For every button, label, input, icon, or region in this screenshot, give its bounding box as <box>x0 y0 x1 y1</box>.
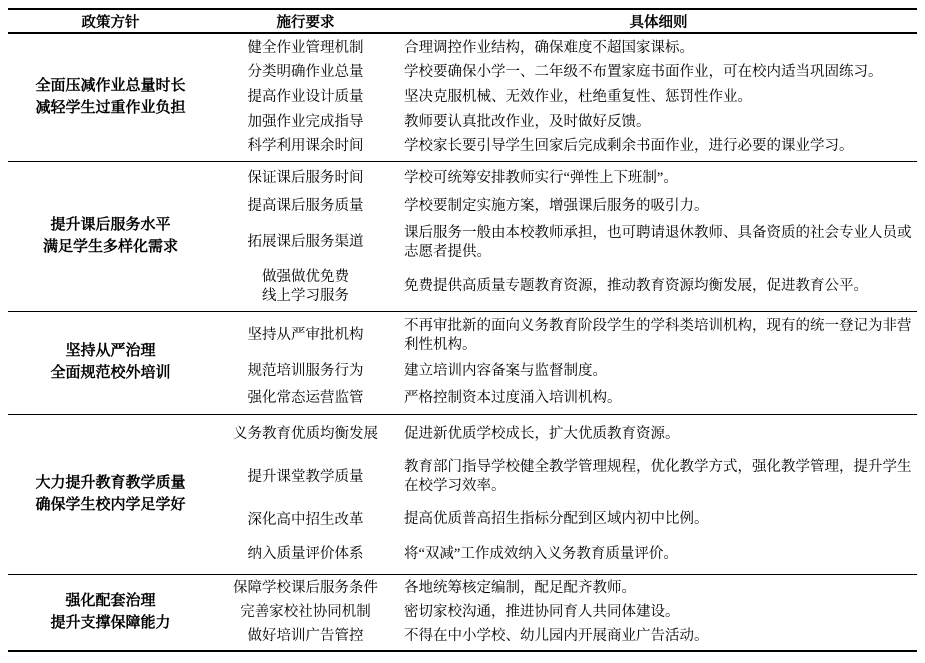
section-training-regulation: 坚持从严治理 全面规范校外培训 坚持从严审批机构 不再审批新的面向义务教育阶段学… <box>8 312 917 415</box>
section-rows: 保证课后服务时间 学校可统筹安排教师实行“弹性上下班制”。 提高课后服务质量 学… <box>213 162 917 311</box>
section-rows: 健全作业管理机制 合理调控作业结构，确保难度不超国家课标。 分类明确作业总量 学… <box>213 34 917 161</box>
detail-cell: 坚决克服机械、无效作业，杜绝重复性、惩罚性作业。 <box>398 88 917 107</box>
requirement-cell: 纳入质量评价体系 <box>213 545 398 564</box>
detail-cell: 学校可统筹安排教师实行“弹性上下班制”。 <box>398 169 917 188</box>
table-row: 深化高中招生改革 提高优质普高招生指标分配到区域内初中比例。 <box>213 509 917 531</box>
table-row: 纳入质量评价体系 将“双减”工作成效纳入义务教育质量评价。 <box>213 544 917 566</box>
detail-cell: 各地统筹核定编制，配足配齐教师。 <box>398 579 917 598</box>
detail-cell: 学校要制定实施方案，增强课后服务的吸引力。 <box>398 197 917 216</box>
detail-cell: 将“双减”工作成效纳入义务教育质量评价。 <box>398 545 917 564</box>
table-row: 加强作业完成指导 教师要认真批改作业，及时做好反馈。 <box>213 111 917 133</box>
requirement-cell: 提高作业设计质量 <box>213 88 398 107</box>
requirement-cell: 做好培训广告管控 <box>213 627 398 646</box>
section-support-capacity: 强化配套治理 提升支撑保障能力 保障学校课后服务条件 各地统筹核定编制，配足配齐… <box>8 575 917 652</box>
detail-cell: 建立培训内容备案与监督制度。 <box>398 362 917 381</box>
detail-cell: 课后服务一般由本校教师承担，也可聘请退休教师、具备资质的社会专业人员或志愿者提供… <box>398 224 917 262</box>
table-row: 完善家校社协同机制 密切家校沟通，推进协同育人共同体建设。 <box>213 601 917 623</box>
detail-cell: 教师要认真批改作业，及时做好反馈。 <box>398 113 917 132</box>
detail-cell: 严格控制资本过度涌入培训机构。 <box>398 389 917 408</box>
detail-cell: 密切家校沟通，推进协同育人共同体建设。 <box>398 603 917 622</box>
requirement-cell: 提升课堂教学质量 <box>213 468 398 487</box>
section-homework-reduction: 全面压减作业总量时长 减轻学生过重作业负担 健全作业管理机制 合理调控作业结构，… <box>8 34 917 162</box>
table-row: 做好培训广告管控 不得在中小学校、幼儿园内开展商业广告活动。 <box>213 625 917 647</box>
table-row: 科学利用课余时间 学校家长要引导学生回家后完成剩余书面作业，进行必要的课业学习。 <box>213 136 917 158</box>
table-row: 规范培训服务行为 建立培训内容备案与监督制度。 <box>213 360 917 382</box>
requirement-cell: 加强作业完成指导 <box>213 113 398 132</box>
requirement-cell: 科学利用课余时间 <box>213 137 398 156</box>
policy-cell: 坚持从严治理 全面规范校外培训 <box>8 341 213 385</box>
policy-cell: 提升课后服务水平 满足学生多样化需求 <box>8 215 213 259</box>
requirement-cell: 保障学校课后服务条件 <box>213 579 398 598</box>
requirement-cell: 规范培训服务行为 <box>213 362 398 381</box>
table-row: 分类明确作业总量 学校要确保小学一、二年级不布置家庭书面作业，可在校内适当巩固练… <box>213 62 917 84</box>
detail-cell: 合理调控作业结构，确保难度不超国家课标。 <box>398 39 917 58</box>
requirement-cell: 深化高中招生改革 <box>213 511 398 530</box>
requirement-cell: 提高课后服务质量 <box>213 197 398 216</box>
table-row: 坚持从严审批机构 不再审批新的面向义务教育阶段学生的学科类培训机构，现有的统一登… <box>213 317 917 355</box>
header-policy: 政策方针 <box>8 11 213 32</box>
policy-table: 政策方针 施行要求 具体细则 全面压减作业总量时长 减轻学生过重作业负担 健全作… <box>8 8 917 652</box>
policy-cell: 强化配套治理 提升支撑保障能力 <box>8 591 213 635</box>
section-rows: 坚持从严审批机构 不再审批新的面向义务教育阶段学生的学科类培训机构，现有的统一登… <box>213 312 917 414</box>
header-requirement: 施行要求 <box>213 11 398 32</box>
requirement-cell: 义务教育优质均衡发展 <box>213 425 398 444</box>
policy-cell: 全面压减作业总量时长 减轻学生过重作业负担 <box>8 76 213 120</box>
detail-cell: 免费提供高质量专题教育资源，推动教育资源均衡发展，促进教育公平。 <box>398 277 917 296</box>
header-detail: 具体细则 <box>398 11 917 32</box>
detail-cell: 不得在中小学校、幼儿园内开展商业广告活动。 <box>398 627 917 646</box>
requirement-cell: 完善家校社协同机制 <box>213 603 398 622</box>
section-after-school-service: 提升课后服务水平 满足学生多样化需求 保证课后服务时间 学校可统筹安排教师实行“… <box>8 162 917 312</box>
detail-cell: 提高优质普高招生指标分配到区域内初中比例。 <box>398 510 917 529</box>
detail-cell: 学校家长要引导学生回家后完成剩余书面作业，进行必要的课业学习。 <box>398 137 917 156</box>
section-teaching-quality: 大力提升教育教学质量 确保学生校内学足学好 义务教育优质均衡发展 促进新优质学校… <box>8 415 917 575</box>
table-row: 提高课后服务质量 学校要制定实施方案，增强课后服务的吸引力。 <box>213 195 917 217</box>
policy-cell: 大力提升教育教学质量 确保学生校内学足学好 <box>8 473 213 517</box>
detail-cell: 促进新优质学校成长，扩大优质教育资源。 <box>398 425 917 444</box>
section-rows: 保障学校课后服务条件 各地统筹核定编制，配足配齐教师。 完善家校社协同机制 密切… <box>213 575 917 650</box>
detail-cell: 不再审批新的面向义务教育阶段学生的学科类培训机构，现有的统一登记为非营利性机构。 <box>398 317 917 355</box>
requirement-cell: 强化常态运营监管 <box>213 389 398 408</box>
requirement-cell: 坚持从严审批机构 <box>213 326 398 345</box>
table-row: 保证课后服务时间 学校可统筹安排教师实行“弹性上下班制”。 <box>213 167 917 189</box>
table-row: 提高作业设计质量 坚决克服机械、无效作业，杜绝重复性、惩罚性作业。 <box>213 86 917 108</box>
detail-cell: 教育部门指导学校健全教学管理规程，优化教学方式，强化教学管理，提升学生在校学习效… <box>398 458 917 496</box>
requirement-cell: 健全作业管理机制 <box>213 39 398 58</box>
table-row: 拓展课后服务渠道 课后服务一般由本校教师承担，也可聘请退休教师、具备资质的社会专… <box>213 224 917 262</box>
detail-cell: 学校要确保小学一、二年级不布置家庭书面作业，可在校内适当巩固练习。 <box>398 63 917 82</box>
table-row: 保障学校课后服务条件 各地统筹核定编制，配足配齐教师。 <box>213 578 917 600</box>
table-row: 提升课堂教学质量 教育部门指导学校健全教学管理规程，优化教学方式，强化教学管理，… <box>213 458 917 496</box>
table-row: 做强做优免费 线上学习服务 免费提供高质量专题教育资源，推动教育资源均衡发展，促… <box>213 268 917 306</box>
requirement-cell: 拓展课后服务渠道 <box>213 233 398 252</box>
requirement-cell: 保证课后服务时间 <box>213 169 398 188</box>
table-row: 健全作业管理机制 合理调控作业结构，确保难度不超国家课标。 <box>213 37 917 59</box>
table-row: 义务教育优质均衡发展 促进新优质学校成长，扩大优质教育资源。 <box>213 423 917 445</box>
table-header-row: 政策方针 施行要求 具体细则 <box>8 10 917 34</box>
section-rows: 义务教育优质均衡发展 促进新优质学校成长，扩大优质教育资源。 提升课堂教学质量 … <box>213 415 917 574</box>
requirement-cell: 做强做优免费 线上学习服务 <box>213 268 398 306</box>
table-row: 强化常态运营监管 严格控制资本过度涌入培训机构。 <box>213 387 917 409</box>
requirement-cell: 分类明确作业总量 <box>213 63 398 82</box>
